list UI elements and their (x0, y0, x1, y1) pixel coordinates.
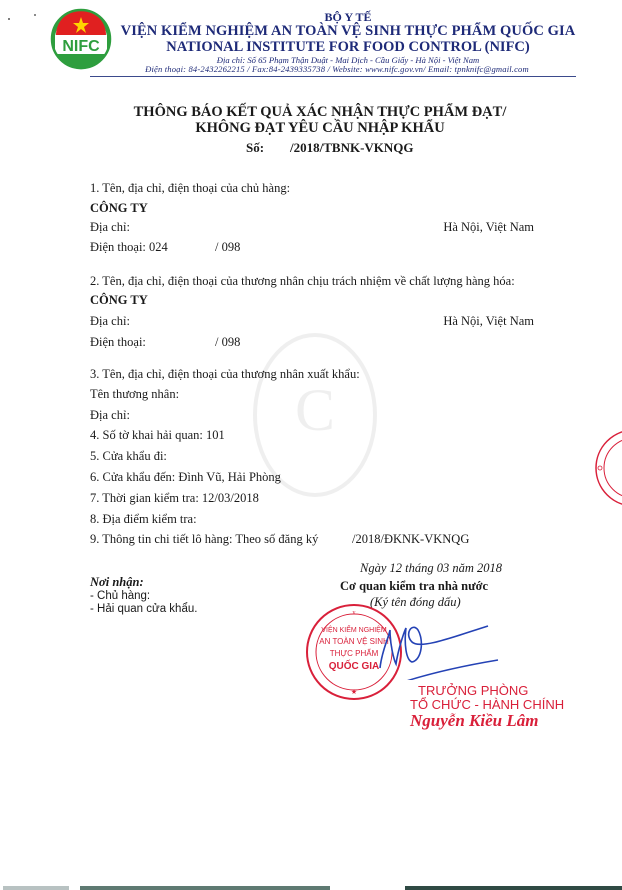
section-5-departure-port: 5. Cửa khẩu đi: (90, 449, 167, 464)
section-3-heading: 3. Tên, địa chỉ, điện thoại của thương n… (90, 367, 360, 382)
scan-speck (8, 18, 10, 20)
section-9-shipment-details: 9. Thông tin chi tiết lô hàng: Theo số đ… (90, 532, 469, 547)
section-2-phone-label: Điện thoại: (90, 335, 215, 350)
section-2-heading: 2. Tên, địa chỉ, điện thoại của thương n… (90, 274, 515, 289)
handwritten-signature (360, 620, 500, 680)
svg-text:C: C (295, 377, 335, 443)
institute-name-en: NATIONAL INSTITUTE FOR FOOD CONTROL (NIF… (118, 39, 578, 56)
scan-speck (34, 14, 36, 16)
section-6-arrival-port: 6. Cửa khẩu đến: Đình Vũ, Hải Phòng (90, 470, 281, 485)
document-number: Số:/2018/TBNK-VKNQG (246, 140, 414, 156)
section-7-inspection-time: 7. Thời gian kiểm tra: 12/03/2018 (90, 491, 259, 506)
section-1-heading: 1. Tên, địa chỉ, điện thoại của chủ hàng… (90, 181, 290, 196)
page-seal-stamp-icon (592, 428, 622, 508)
section-3-trader: Tên thương nhân: (90, 387, 179, 402)
section-1-phone-label: Điện thoại: 024 (90, 240, 215, 255)
document-number-value: /2018/TBNK-VKNQG (290, 140, 414, 155)
header-divider (90, 76, 576, 77)
section-2-company: CÔNG TY (90, 293, 148, 308)
document-title-line1: THÔNG BÁO KẾT QUẢ XÁC NHẬN THỰC PHẨM ĐẠT… (100, 104, 540, 121)
document-number-label: Số: (246, 140, 290, 156)
section-1-address-city: Hà Nội, Việt Nam (430, 220, 534, 235)
institute-contact: Điện thoại: 84-2432262215 / Fax:84-24393… (92, 64, 582, 74)
signer-name: Nguyễn Kiều Lâm (410, 711, 538, 731)
svg-text:NIFC: NIFC (62, 38, 100, 55)
section-8-inspection-place: 8. Địa điểm kiểm tra: (90, 512, 197, 527)
section-1-phone-mobile: / 098 (215, 240, 240, 254)
section-1-address-label: Địa chỉ: (90, 220, 130, 235)
svg-text:v: v (353, 610, 356, 616)
section-2-phone: Điện thoại:/ 098 (90, 335, 240, 350)
section-2-address-label: Địa chỉ: (90, 314, 130, 329)
scan-edge (405, 886, 622, 890)
recipient-item: - Chủ hàng: (90, 590, 150, 602)
section-9-registration-number: /2018/ĐKNK-VKNQG (352, 532, 469, 546)
nifc-logo-icon: NIFC (50, 8, 112, 70)
svg-text:★: ★ (351, 688, 357, 696)
issue-date: Ngày 12 tháng 03 năm 2018 (360, 561, 502, 576)
scan-edge (3, 886, 69, 890)
scan-edge (80, 886, 330, 890)
institute-name-vi: VIỆN KIỂM NGHIỆM AN TOÀN VỆ SINH THỰC PH… (118, 23, 578, 40)
section-9-label: 9. Thông tin chi tiết lô hàng: Theo số đ… (90, 532, 352, 547)
section-1-phone: Điện thoại: 024/ 098 (90, 240, 240, 255)
recipients-heading: Nơi nhận: (90, 575, 144, 590)
signer-department: TỔ CHỨC - HÀNH CHÍNH (410, 697, 564, 712)
recipient-item: - Hải quan cửa khẩu. (90, 603, 197, 615)
signer-title: TRƯỞNG PHÒNG (418, 683, 528, 698)
section-1-company: CÔNG TY (90, 201, 148, 216)
section-3-address: Địa chỉ: (90, 408, 130, 423)
section-4-customs-declaration: 4. Số tờ khai hải quan: 101 (90, 428, 225, 443)
section-2-phone-mobile: / 098 (215, 335, 240, 349)
section-2-address-city: Hà Nội, Việt Nam (430, 314, 534, 329)
document-title-line2: KHÔNG ĐẠT YÊU CẦU NHẬP KHẨU (100, 120, 540, 137)
issuing-agency: Cơ quan kiểm tra nhà nước (340, 579, 488, 594)
